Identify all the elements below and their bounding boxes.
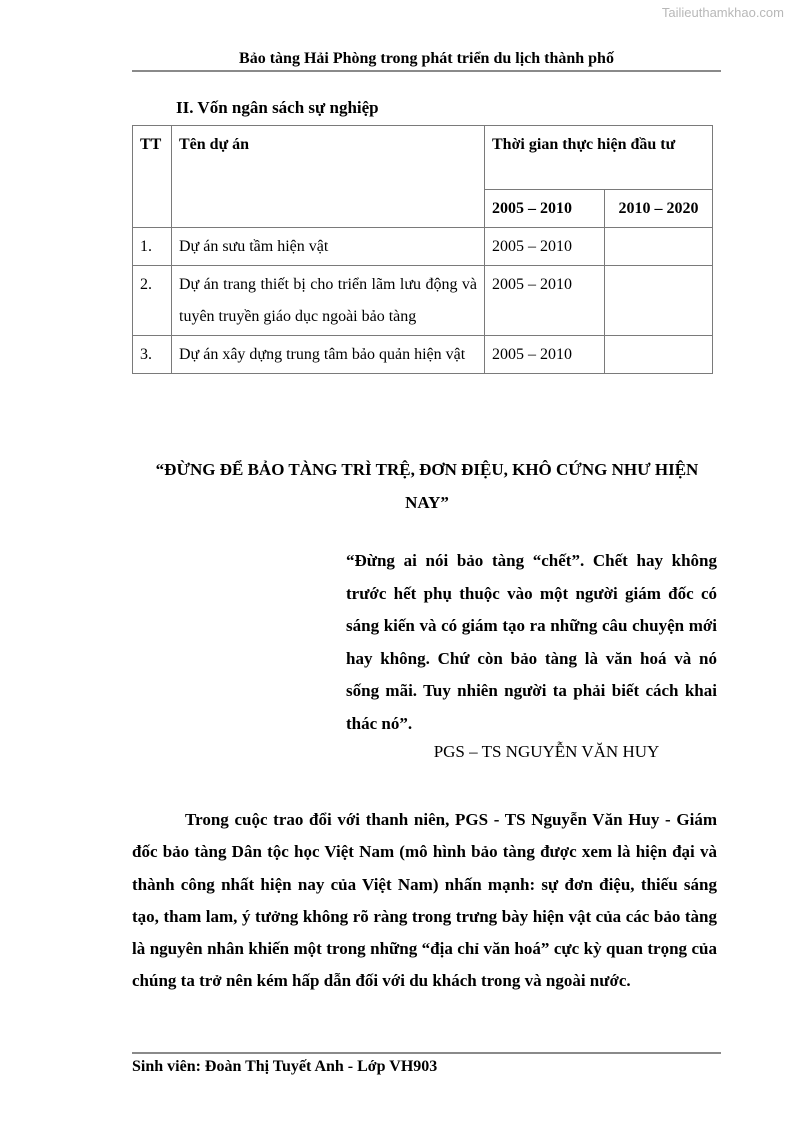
row-period-2 (605, 336, 713, 374)
footer-rule (132, 1052, 721, 1054)
table-row: 2. Dự án trang thiết bị cho triển lãm lư… (133, 266, 713, 336)
row-period-1: 2005 – 2010 (485, 266, 605, 336)
row-period-2 (605, 266, 713, 336)
row-name: Dự án sưu tầm hiện vật (172, 228, 485, 266)
header-period-2: 2010 – 2020 (605, 190, 713, 228)
table-row: 1. Dự án sưu tầm hiện vật 2005 – 2010 (133, 228, 713, 266)
header-name: Tên dự án (172, 126, 485, 228)
row-period-1: 2005 – 2010 (485, 228, 605, 266)
row-name: Dự án trang thiết bị cho triển lãm lưu đ… (172, 266, 485, 336)
row-tt: 1. (133, 228, 172, 266)
header-tt: TT (133, 126, 172, 228)
epigraph-author: PGS – TS NGUYỄN VĂN HUY (346, 740, 717, 764)
row-tt: 3. (133, 336, 172, 374)
row-period-2 (605, 228, 713, 266)
quote-title: “ĐỪNG ĐỂ BẢO TÀNG TRÌ TRỆ, ĐƠN ĐIỆU, KHÔ… (140, 453, 714, 519)
header-period-1: 2005 – 2010 (485, 190, 605, 228)
epigraph-quote: “Đừng ai nói bảo tàng “chết”. Chết hay k… (346, 545, 717, 740)
table-header-row: TT Tên dự án Thời gian thực hiện đầu tư (133, 126, 713, 190)
footer-student: Sinh viên: Đoàn Thị Tuyết Anh - Lớp VH90… (132, 1057, 437, 1077)
row-period-1: 2005 – 2010 (485, 336, 605, 374)
body-paragraph: Trong cuộc trao đổi với thanh niên, PGS … (132, 804, 717, 998)
section-title: II. Vốn ngân sách sự nghiệp (176, 97, 379, 119)
header-rule (132, 70, 721, 72)
row-name: Dự án xây dựng trung tâm bảo quản hiện v… (172, 336, 485, 374)
watermark: Tailieuthamkhao.com (662, 5, 784, 20)
table-row: 3. Dự án xây dựng trung tâm bảo quản hiệ… (133, 336, 713, 374)
row-tt: 2. (133, 266, 172, 336)
projects-table: TT Tên dự án Thời gian thực hiện đầu tư … (132, 125, 713, 374)
running-header: Bảo tàng Hải Phòng trong phát triển du l… (132, 49, 721, 69)
header-time: Thời gian thực hiện đầu tư (485, 126, 713, 190)
